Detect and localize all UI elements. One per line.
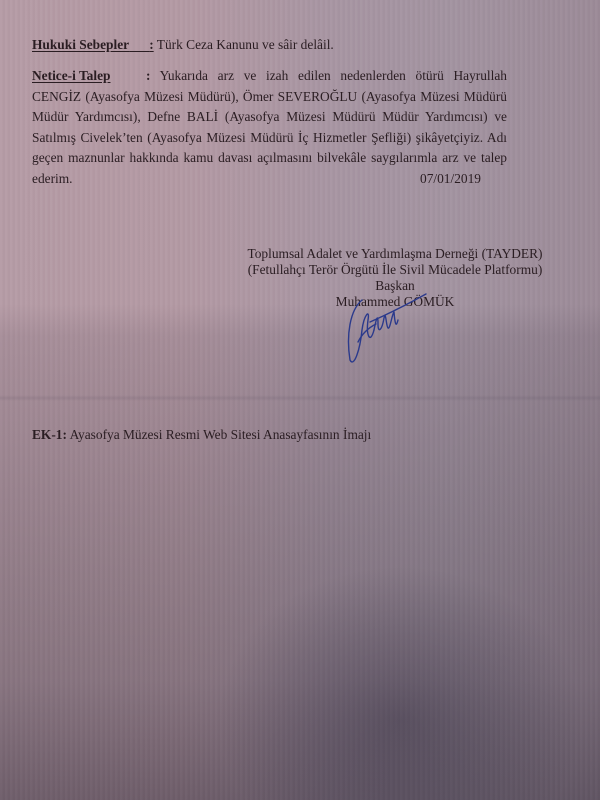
signature-icon [340,290,430,370]
signatory-platform: (Fetullahçı Terör Örgütü İle Sivil Mücad… [220,262,570,278]
legal-grounds-text: Türk Ceza Kanunu ve sâir delâil. [157,37,334,52]
legal-grounds-separator: : [149,37,153,52]
request-label: Netice-i Talep [32,66,146,87]
signatory-organization: Toplumsal Adalet ve Yardımlaşma Derneği … [220,246,570,262]
legal-grounds-label-gap [129,37,149,52]
legal-grounds-label: Hukuki Sebepler [32,37,129,52]
legal-grounds-row: Hukuki Sebepler : Türk Ceza Kanunu ve sâ… [32,38,334,51]
paper-fold [0,395,600,401]
request-separator: : [146,68,150,83]
document-date: 07/01/2019 [420,172,481,185]
attachment-row: EK-1: Ayasofya Müzesi Resmi Web Sitesi A… [32,428,371,441]
attachment-text: Ayasofya Müzesi Resmi Web Sitesi Anasayf… [70,427,372,442]
attachment-label: EK-1: [32,427,67,442]
